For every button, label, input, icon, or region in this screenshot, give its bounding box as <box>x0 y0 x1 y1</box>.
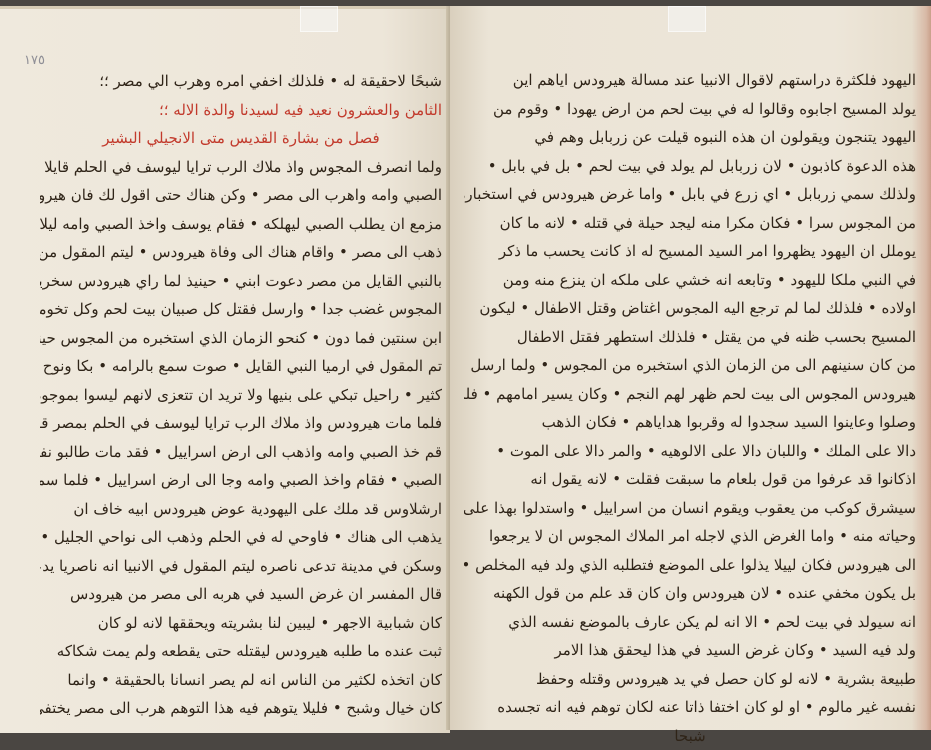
manuscript-line: ارشلاوس قد ملك على اليهودية عوض هيرودس ا… <box>40 495 442 524</box>
manuscript-line: الى هيرودس فكان لييلا يذلوا على الموضع ف… <box>464 551 916 580</box>
manuscript-line: المجوس غضب جدا • وارسل فقتل كل صبيان بيت… <box>40 295 442 324</box>
folio-number: ١٧٥ <box>24 53 45 68</box>
manuscript-line: هذه الدعوة كاذبون • لان زربابل لم يولد ف… <box>464 152 916 181</box>
page-marker-tab <box>668 6 706 32</box>
manuscript-line: من المجوس سرا • فكان مكرا منه ليجد حيلة … <box>464 209 916 238</box>
manuscript-line: اليهود يتنجون ويقولون ان هذه النبوه قيلت… <box>464 123 916 152</box>
manuscript-line: اذكانوا قد عرفوا من قول بلعام ما سبقت فق… <box>464 465 916 494</box>
manuscript-line: اولاده • فلذلك لما لم ترجع اليه المجوس ا… <box>464 294 916 323</box>
manuscript-line: فلما مات هيرودس واذ ملاك الرب ترايا ليوس… <box>40 409 442 438</box>
manuscript-line: يذهب الى هناك • فاوحي له في الحلم وذهب ا… <box>40 523 442 552</box>
manuscript-line: بل يكون مخفي عنده • لان هيرودس وان كان ق… <box>464 579 916 608</box>
manuscript-spread: ١٧٥ شبحًا لاحقيقة له • فلذلك اخفي امره و… <box>0 6 931 730</box>
manuscript-line: شبحا <box>464 722 916 731</box>
manuscript-line: الصبي وامه واهرب الى مصر • وكن هناك حتى … <box>40 181 442 210</box>
manuscript-line: وحياته منه • واما الغرض الذي لاجله امر ا… <box>464 522 916 551</box>
manuscript-line: ابن سنتين فما دون • كنحو الزمان الذي است… <box>40 324 442 353</box>
manuscript-line: شبحًا لاحقيقة له • فلذلك اخفي امره وهرب … <box>40 67 442 96</box>
right-page-text: اليهود فلكثرة دراستهم لاقوال الانبيا عند… <box>464 66 916 730</box>
manuscript-line: انه سيولد في بيت لحم • الا انه لم يكن عا… <box>464 608 916 637</box>
left-page: ١٧٥ شبحًا لاحقيقة له • فلذلك اخفي امره و… <box>0 6 450 730</box>
manuscript-line: نفسه غير مالوم • او لو كان اختفا ذاتا عن… <box>464 693 916 722</box>
manuscript-line: هيرودس المجوس الى بيت لحم ظهر لهم النجم … <box>464 380 916 409</box>
manuscript-line: وسكن في مدينة تدعى ناصره ليتم المقول في … <box>40 552 442 581</box>
manuscript-line: كان خيال وشبح • فليلا يتوهم فيه هذا التو… <box>40 694 442 723</box>
manuscript-line: مزمع ان يطلب الصبي ليهلكه • فقام يوسف وا… <box>40 210 442 239</box>
right-page: اليهود فلكثرة دراستهم لاقوال الانبيا عند… <box>450 6 931 730</box>
manuscript-line: الثامن والعشرون نعيد فيه لسيدنا والدة ال… <box>40 96 442 125</box>
manuscript-line: ذهب الى مصر • واقام هناك الى وفاة هيرودس… <box>40 238 442 267</box>
manuscript-line: الصبي • فقام واخذ الصبي وامه وجا الى ارض… <box>40 466 442 495</box>
manuscript-line: سيشرق كوكب من يعقوب ويقوم انسان من اسراي… <box>464 494 916 523</box>
manuscript-line: يوملل ان اليهود يظهروا امر السيد المسيح … <box>464 237 916 266</box>
manuscript-line: في النبي ملكا لليهود • وتابعه انه خشي عل… <box>464 266 916 295</box>
manuscript-line: ولما انصرف المجوس واذ ملاك الرب ترايا لي… <box>40 153 442 182</box>
manuscript-line: قم خذ الصبي وامه واذهب الى ارض اسراييل •… <box>40 438 442 467</box>
manuscript-line: من كان سنينهم الى من الزمان الذي استخبره… <box>464 351 916 380</box>
manuscript-line: وصلوا وعاينوا السيد سجدوا له وقربوا هداي… <box>464 408 916 437</box>
page-marker-tab <box>300 6 338 32</box>
manuscript-line: ثبت عنده ما طلبه هيرودس ليقتله حتى يقطعه… <box>40 637 442 666</box>
manuscript-line: تم المقول في ارميا النبي القايل • صوت سم… <box>40 352 442 381</box>
manuscript-line: كان اتخذه لكثير من الناس انه لم يصر انسا… <box>40 666 442 695</box>
manuscript-line: بالنبي القايل من مصر دعوت ابني • حينيذ ل… <box>40 267 442 296</box>
manuscript-line: كثير • راحيل تبكي على بنيها ولا تريد ان … <box>40 381 442 410</box>
manuscript-line: دالا على الملك • واللبان دالا على الالوه… <box>464 437 916 466</box>
manuscript-line: فصل من بشارة القديس متى الانجيلي البشير <box>40 124 442 153</box>
manuscript-line: يولد المسيح اجابوه وقالوا له في بيت لحم … <box>464 95 916 124</box>
manuscript-line: اليهود فلكثرة دراستهم لاقوال الانبيا عند… <box>464 66 916 95</box>
manuscript-line: قال المفسر ان غرض السيد في هربه الى مصر … <box>40 580 442 609</box>
manuscript-line: طبيعة بشرية • لانه لو كان حصل في يد هيرو… <box>464 665 916 694</box>
manuscript-line: كان شبابية الاجهر • ليبين لنا بشريته ويح… <box>40 609 442 638</box>
manuscript-line: ولد فيه السيد • وكان غرض السيد في هذا لي… <box>464 636 916 665</box>
manuscript-line: المسيح بحسب ظنه في من يقتل • فلذلك استطه… <box>464 323 916 352</box>
manuscript-line: ولذلك سمي زربابل • اي زرع في بابل • واما… <box>464 180 916 209</box>
left-page-text: شبحًا لاحقيقة له • فلذلك اخفي امره وهرب … <box>40 67 442 723</box>
